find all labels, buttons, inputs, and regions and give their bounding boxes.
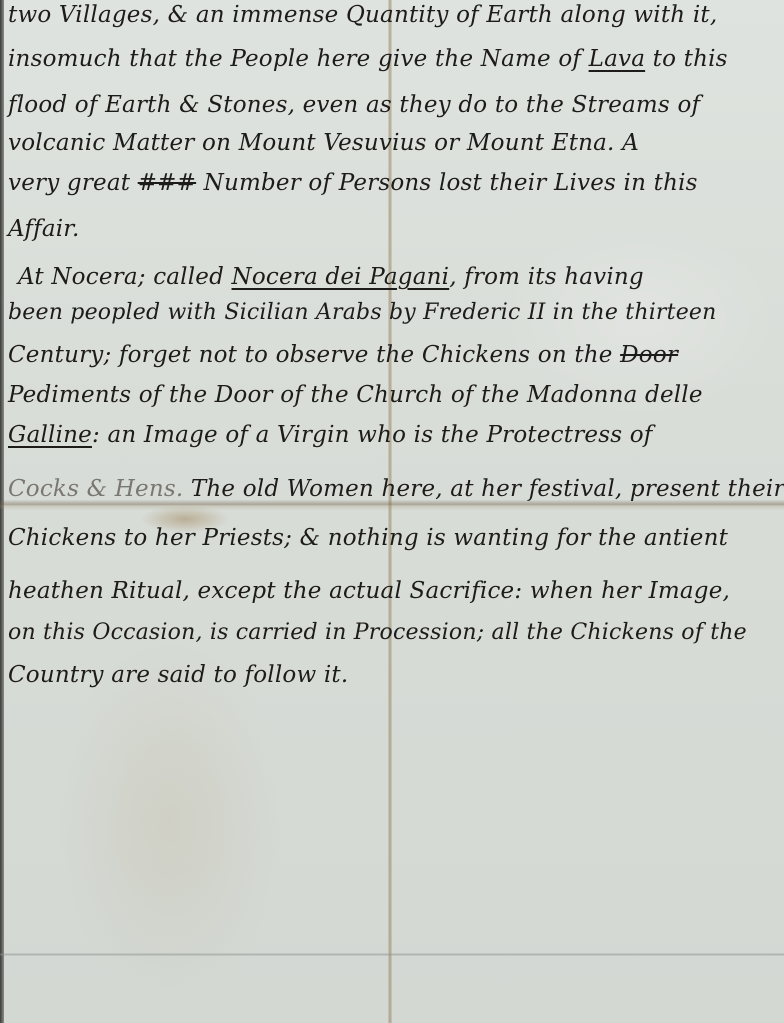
text-line-12: Cocks & Hens. The old Women here, at her… — [8, 476, 784, 502]
struck-out-word: Door — [620, 342, 678, 368]
faded-text: Cocks & Hens. — [8, 476, 183, 502]
line-text: Number of Persons lost their Lives in th… — [196, 170, 698, 196]
text-line-11: Galline: an Image of a Virgin who is the… — [8, 422, 652, 448]
text-line-7: At Nocera; called Nocera dei Pagani, fro… — [18, 264, 644, 290]
line-text: insomuch that the People here give the N… — [8, 46, 589, 72]
line-text: : an Image of a Virgin who is the Protec… — [92, 422, 653, 448]
text-line-15: on this Occasion, is carried in Processi… — [8, 620, 747, 645]
line-text: to this — [645, 46, 728, 72]
line-text: heathen Ritual, except the actual Sacrif… — [8, 578, 730, 604]
text-line-8: been peopled with Sicilian Arabs by Fred… — [8, 300, 717, 325]
text-line-3: flood of Earth & Stones, even as they do… — [8, 92, 700, 118]
line-text: Country are said to follow it. — [8, 662, 348, 688]
line-text: The old Women here, at her festival, pre… — [183, 476, 784, 502]
line-text: Chickens to her Priests; & nothing is wa… — [8, 525, 728, 551]
text-line-6: Affair. — [8, 216, 79, 242]
text-line-14: heathen Ritual, except the actual Sacrif… — [8, 578, 730, 604]
underlined-word-lava: Lava — [589, 46, 646, 72]
line-text: very great — [8, 170, 138, 196]
line-text: volcanic Matter on Mount Vesuvius or Mou… — [8, 130, 639, 156]
text-line-2: insomuch that the People here give the N… — [8, 46, 728, 72]
line-text: , from its having — [449, 264, 644, 290]
text-line-13: Chickens to her Priests; & nothing is wa… — [8, 525, 728, 551]
text-line-1: two Villages, & an immense Quantity of E… — [8, 2, 717, 28]
struck-out-mark: ### — [138, 170, 196, 196]
line-text: At Nocera; called — [18, 264, 232, 290]
underlined-place-name: Nocera dei Pagani — [232, 264, 450, 290]
line-text: flood of Earth & Stones, even as they do… — [8, 92, 700, 118]
underlined-word-galline: Galline — [8, 422, 92, 448]
text-line-4: volcanic Matter on Mount Vesuvius or Mou… — [8, 130, 639, 156]
line-text: been peopled with Sicilian Arabs by Fred… — [8, 300, 717, 325]
line-text: two Villages, & an immense Quantity of E… — [8, 2, 717, 28]
text-line-10: Pediments of the Door of the Church of t… — [8, 382, 703, 408]
text-line-5: very great ### Number of Persons lost th… — [8, 170, 698, 196]
line-text: Pediments of the Door of the Church of t… — [8, 382, 703, 408]
text-line-16: Country are said to follow it. — [8, 662, 348, 688]
line-text: Affair. — [8, 216, 79, 242]
manuscript-text: two Villages, & an immense Quantity of E… — [0, 0, 784, 1023]
line-text: on this Occasion, is carried in Processi… — [8, 620, 747, 645]
text-line-9: Century; forget not to observe the Chick… — [8, 342, 678, 368]
line-text: Century; forget not to observe the Chick… — [8, 342, 620, 368]
